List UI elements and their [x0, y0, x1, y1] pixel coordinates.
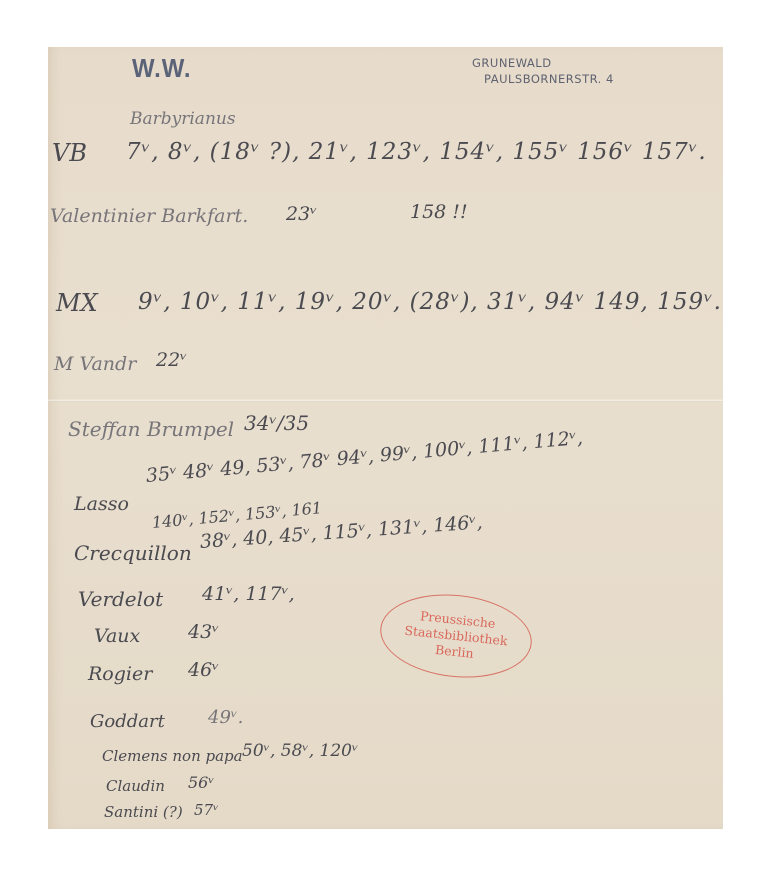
barbireau-heading: Barbyrianus [130, 109, 236, 129]
entry-valentinier-note: 158 !! [410, 201, 468, 223]
entry-vb-label: VB [52, 139, 87, 167]
entry-mvander-values: 22ᵛ [156, 349, 187, 371]
entry-clemens-values: 50ᵛ, 58ᵛ, 120ᵛ [242, 741, 358, 761]
entry-steffan-label: Steffan Brumpel [68, 417, 234, 441]
stamp-line-3: Berlin [434, 642, 474, 662]
letterhead-address: GRUNEWALD PAULSBORNERSTR. 4 [472, 55, 614, 87]
entry-clemens-label: Clemens non papa [102, 747, 243, 765]
entry-vaux-values: 43ᵛ [188, 621, 219, 643]
entry-goddart-label: Goddart [90, 711, 165, 732]
entry-santini-label: Santini (?) [104, 803, 183, 821]
entry-rogier-values: 46ᵛ [188, 659, 219, 681]
entry-steffan-values: 34ᵛ/35 [244, 411, 309, 435]
address-line-2: PAULSBORNERSTR. 4 [472, 71, 614, 87]
letterhead-initials: W.W. [132, 53, 191, 84]
entry-mvander-label: M Vandr [54, 353, 136, 375]
entry-rogier-label: Rogier [88, 663, 152, 685]
entry-mx-label: MX [56, 289, 98, 317]
entry-valentinier-label: Valentinier Barkfart. [50, 205, 248, 227]
entry-lasso-label: Lasso [74, 493, 129, 515]
entry-verdelot-values: 41ᵛ, 117ᵛ, [202, 583, 295, 605]
entry-goddart-values: 49ᵛ. [208, 707, 243, 728]
fold-line [48, 399, 723, 402]
letter-page: W.W. GRUNEWALD PAULSBORNERSTR. 4 Barbyri… [48, 47, 723, 829]
entry-santini-values: 57ᵛ [194, 801, 219, 819]
entry-mx-values: 9ᵛ, 10ᵛ, 11ᵛ, 19ᵛ, 20ᵛ, (28ᵛ), 31ᵛ, 94ᵛ … [138, 289, 722, 315]
entry-verdelot-label: Verdelot [78, 587, 163, 611]
entry-claudin-label: Claudin [106, 777, 165, 795]
address-line-1: GRUNEWALD [472, 55, 614, 71]
entry-valentinier-values: 23ᵛ [286, 203, 317, 225]
entry-vaux-label: Vaux [94, 625, 140, 647]
entry-crecquillon-label: Crecquillon [74, 541, 192, 565]
entry-claudin-values: 56ᵛ [188, 773, 214, 792]
library-stamp: Preussische Staatsbibliothek Berlin [376, 587, 536, 684]
entry-vb-values: 7ᵛ, 8ᵛ, (18ᵛ ?), 21ᵛ, 123ᵛ, 154ᵛ, 155ᵛ 1… [126, 139, 707, 165]
